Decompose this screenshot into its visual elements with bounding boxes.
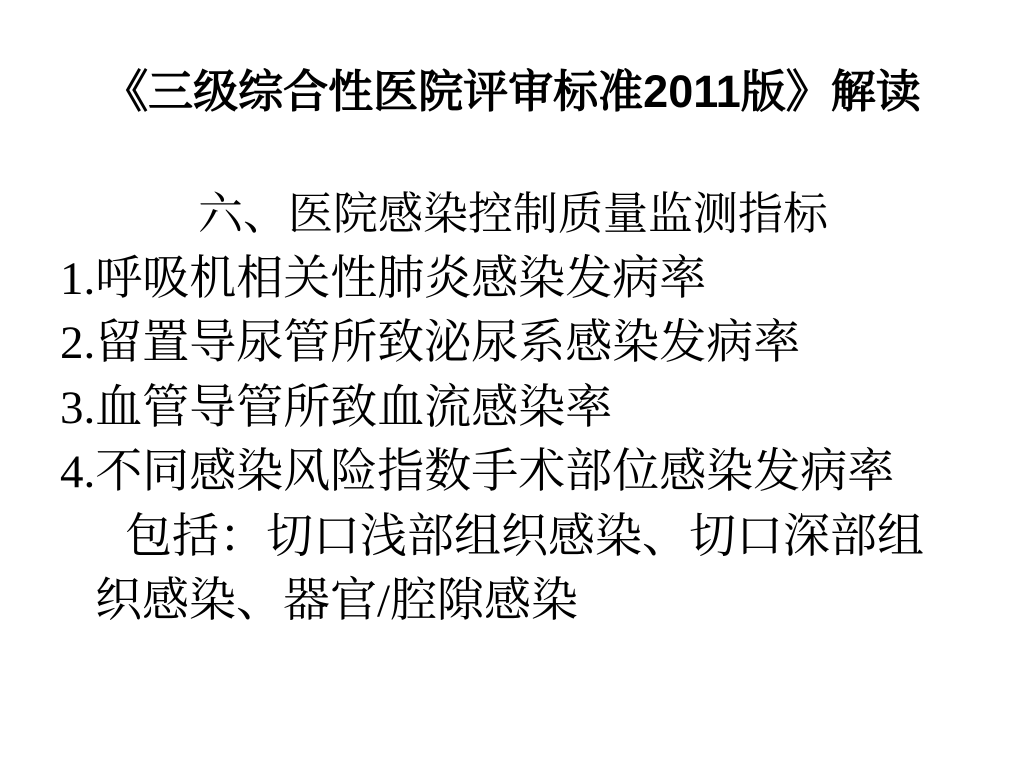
note-line-2: 织感染、器官/腔隙感染 (60, 569, 966, 634)
list-item-4: 4.不同感染风险指数手术部位感染发病率 (60, 440, 966, 505)
list-item-3: 3.血管导管所致血流感染率 (60, 376, 966, 441)
slide-title: 《三级综合性医院评审标准2011版》解读 (0, 64, 1024, 120)
presentation-slide: 《三级综合性医院评审标准2011版》解读 六、医院感染控制质量监测指标 1.呼吸… (0, 0, 1024, 768)
list-item-2: 2.留置导尿管所致泌尿系感染发病率 (60, 311, 966, 376)
slide-body: 六、医院感染控制质量监测指标 1.呼吸机相关性肺炎感染发病率 2.留置导尿管所致… (60, 182, 966, 634)
note-line-1: 包括：切口浅部组织感染、切口深部组 (60, 505, 966, 570)
list-item-1: 1.呼吸机相关性肺炎感染发病率 (60, 247, 966, 312)
section-heading: 六、医院感染控制质量监测指标 (60, 182, 966, 247)
